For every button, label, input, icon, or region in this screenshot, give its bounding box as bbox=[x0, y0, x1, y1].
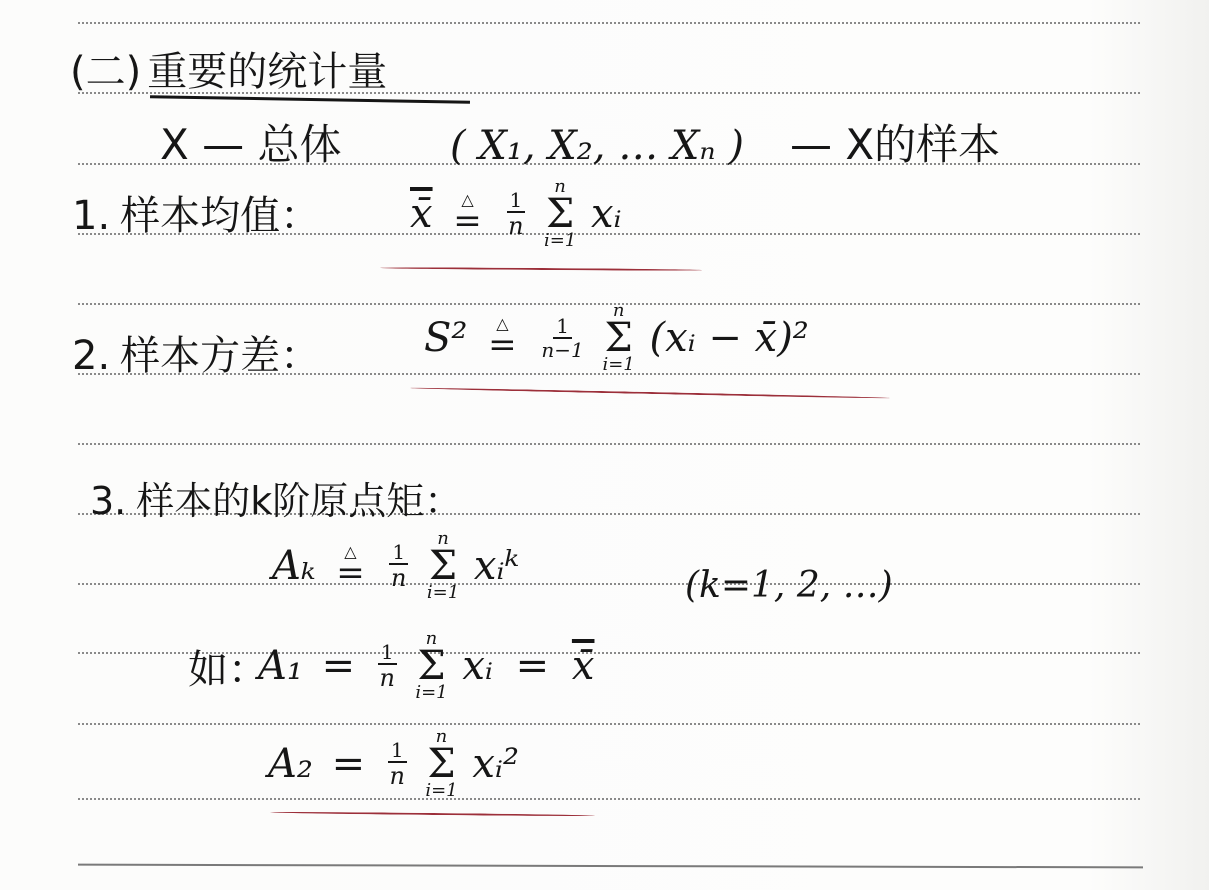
fraction: 1n bbox=[388, 739, 407, 789]
sample-mean-formula: x̄ △= 1n nΣi=1 xᵢ bbox=[410, 178, 622, 250]
summation: nΣi=1 bbox=[544, 178, 576, 250]
formula-2-underline bbox=[410, 387, 890, 399]
fraction: 1n bbox=[378, 641, 397, 691]
ruled-line bbox=[78, 22, 1140, 24]
summation: nΣi=1 bbox=[415, 630, 447, 702]
a2-formula: A₂ = 1n nΣi=1 xᵢ² bbox=[268, 728, 519, 800]
k-condition: (k=1, 2, …) bbox=[685, 568, 893, 604]
item-3-label: 3.样本的k阶原点矩： bbox=[90, 482, 462, 520]
sample-variance-formula: S² △= 1n−1 nΣi=1 (xᵢ − x̄)² bbox=[424, 302, 809, 374]
fraction: 1n−1 bbox=[541, 315, 583, 361]
ruled-line bbox=[78, 723, 1140, 725]
summation: nΣi=1 bbox=[602, 302, 634, 374]
formula-a2-underline bbox=[270, 811, 595, 816]
ruled-line bbox=[78, 798, 1140, 800]
k-order-moment-formula: Aₖ △= 1n nΣi=1 xᵢᵏ bbox=[272, 530, 519, 602]
a1-formula: A₁ = 1n nΣi=1 xᵢ = x̄ bbox=[258, 630, 594, 702]
example-prefix: 如： bbox=[188, 650, 268, 690]
ruled-line bbox=[78, 443, 1140, 445]
defeq-symbol: △= bbox=[336, 544, 365, 587]
item-1-label: 1.样本均值： bbox=[72, 196, 320, 236]
sample-variables: X₁, X₂, … Xₙ bbox=[478, 123, 715, 169]
population-definition: X — 总体 bbox=[160, 124, 341, 166]
section-title: 重要的统计量 bbox=[147, 49, 387, 95]
heading-underline bbox=[150, 95, 470, 104]
defeq-symbol: △= bbox=[453, 192, 482, 235]
section-heading: (二)重要的统计量 bbox=[70, 52, 387, 92]
bottom-solid-line bbox=[78, 864, 1143, 869]
formula-1-underline bbox=[380, 267, 702, 271]
sample-description: — X的样本 bbox=[790, 124, 1000, 166]
defeq-symbol: △= bbox=[488, 316, 517, 359]
sample-tuple: ( X₁, X₂, … Xₙ ) bbox=[450, 126, 744, 166]
fraction: 1n bbox=[507, 189, 526, 239]
notebook-page: (二)重要的统计量 X — 总体 ( X₁, X₂, … Xₙ ) — X的样本… bbox=[0, 0, 1209, 890]
fraction: 1n bbox=[389, 541, 408, 591]
summation: nΣi=1 bbox=[425, 728, 457, 800]
summation: nΣi=1 bbox=[427, 530, 459, 602]
section-number: (二) bbox=[70, 49, 141, 95]
ruled-line bbox=[78, 583, 1140, 585]
item-2-label: 2.样本方差： bbox=[72, 336, 320, 376]
